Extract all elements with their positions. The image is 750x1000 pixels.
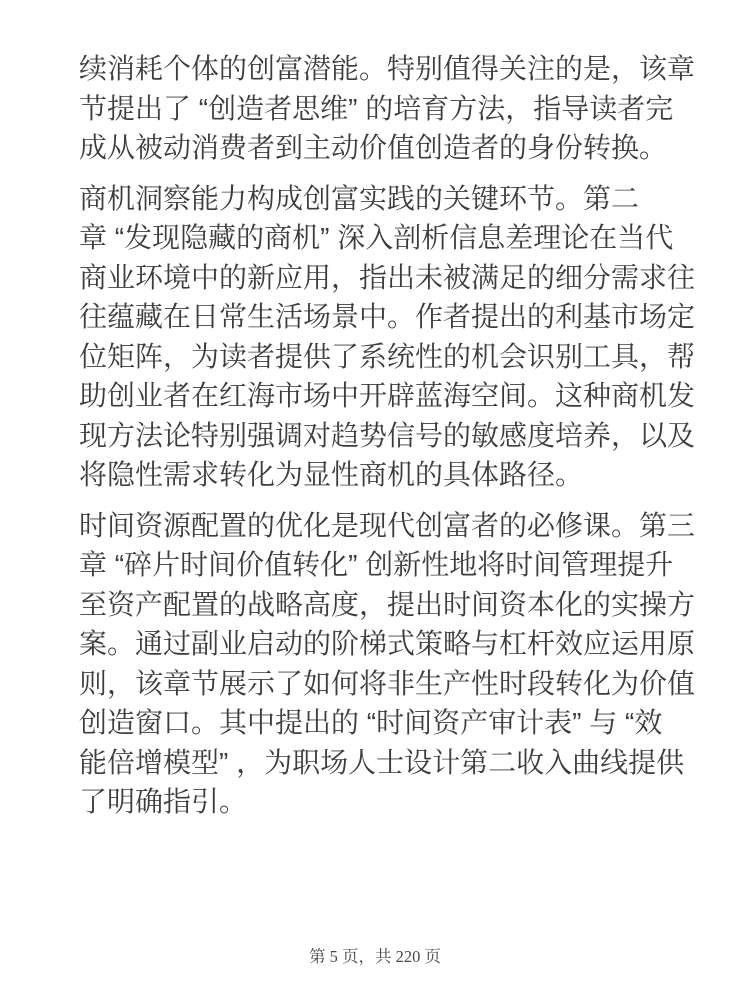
text-line: 助创业者在红海市场中开辟蓝海空间。这种商机发 [79,376,739,416]
page-number-footer: 第 5 页，共 220 页 [0,946,750,968]
text-line: 节提出了 “创造者思维” 的培育方法，指导读者完 [79,89,739,129]
text-line: 续消耗个体的创富潜能。特别值得关注的是，该章 [79,49,739,89]
text-line: 能倍增模型” ，为职场人士设计第二收入曲线提供 [79,743,739,783]
text-line: 成从被动消费者到主动价值创造者的身份转换。 [79,128,739,168]
document-page: 续消耗个体的创富潜能。特别值得关注的是，该章节提出了 “创造者思维” 的培育方法… [0,0,750,1000]
text-line: 商业环境中的新应用，指出未被满足的细分需求往 [79,258,739,298]
text-line: 了明确指引。 [79,782,739,822]
text-line: 则，该章节展示了如何将非生产性时段转化为价值 [79,664,739,704]
paragraph: 时间资源配置的优化是现代创富者的必修课。第三章 “碎片时间价值转化” 创新性地将… [79,506,739,822]
text-line: 现方法论特别强调对趋势信号的敏感度培养，以及 [79,416,739,456]
paragraph: 商机洞察能力构成创富实践的关键环节。第二章 “发现隐藏的商机” 深入剖析信息差理… [79,179,739,495]
text-line: 时间资源配置的优化是现代创富者的必修课。第三 [79,506,739,546]
text-line: 案。通过副业启动的阶梯式策略与杠杆效应运用原 [79,624,739,664]
text-line: 章 “发现隐藏的商机” 深入剖析信息差理论在当代 [79,218,739,258]
text-line: 创造窗口。其中提出的 “时间资产审计表” 与 “效 [79,703,739,743]
text-line: 位矩阵，为读者提供了系统性的机会识别工具，帮 [79,337,739,377]
text-line: 商机洞察能力构成创富实践的关键环节。第二 [79,179,739,219]
text-line: 将隐性需求转化为显性商机的具体路径。 [79,455,739,495]
page-body: 续消耗个体的创富潜能。特别值得关注的是，该章节提出了 “创造者思维” 的培育方法… [79,49,739,833]
text-line: 往蕴藏在日常生活场景中。作者提出的利基市场定 [79,297,739,337]
paragraph: 续消耗个体的创富潜能。特别值得关注的是，该章节提出了 “创造者思维” 的培育方法… [79,49,739,168]
text-line: 章 “碎片时间价值转化” 创新性地将时间管理提升 [79,545,739,585]
text-line: 至资产配置的战略高度，提出时间资本化的实操方 [79,585,739,625]
